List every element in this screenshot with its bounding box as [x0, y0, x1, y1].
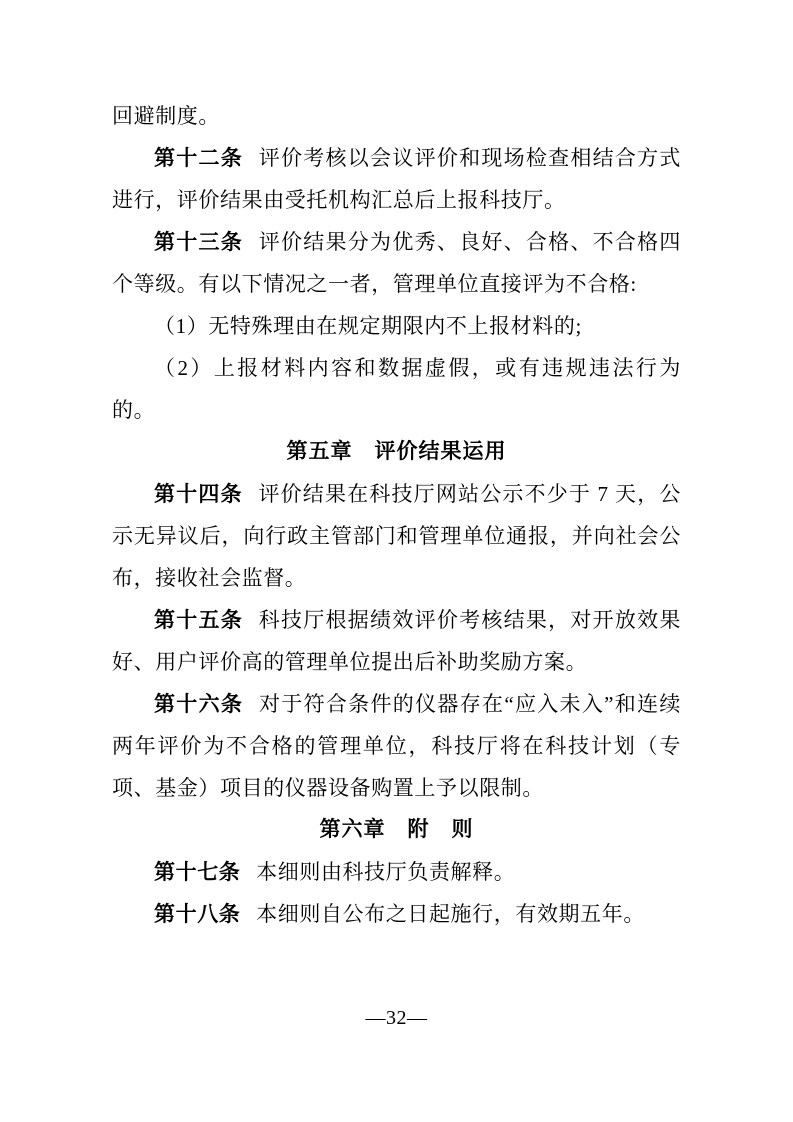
- article-paragraph: 第十四条评价结果在科技厅网站公示不少于 7 天，公示无异议后，向行政主管部门和管…: [112, 473, 681, 599]
- list-item-paragraph: （1）无特殊理由在规定期限内不上报材料的;: [112, 305, 681, 347]
- article-number-label: 第十五条: [154, 608, 243, 632]
- document-body: 回避制度。第十二条评价考核以会议评价和现场检查相结合方式进行，评价结果由受托机构…: [112, 95, 681, 935]
- article-paragraph: 第十六条对于符合条件的仪器存在“应入未入”和连续两年评价为不合格的管理单位，科技…: [112, 683, 681, 809]
- article-number-label: 第十二条: [154, 146, 243, 170]
- article-paragraph: 第十七条本细则由科技厅负责解释。: [112, 851, 681, 893]
- page-number: —32—: [366, 1007, 428, 1029]
- continuation-paragraph: 回避制度。: [112, 95, 681, 137]
- article-number-label: 第十七条: [154, 860, 240, 884]
- chapter-heading: 第六章 附 则: [112, 809, 681, 851]
- paragraph-text: 本细则由科技厅负责解释。: [256, 860, 515, 884]
- list-item-paragraph: （2）上报材料内容和数据虚假，或有违规违法行为的。: [112, 347, 681, 431]
- page-footer: —32—: [0, 1003, 793, 1033]
- article-number-label: 第十三条: [154, 230, 243, 254]
- paragraph-text: 回避制度。: [112, 104, 220, 128]
- paragraph-text: 本细则自公布之日起施行，有效期五年。: [256, 902, 645, 926]
- article-paragraph: 第十八条本细则自公布之日起施行，有效期五年。: [112, 893, 681, 935]
- article-number-label: 第十四条: [154, 482, 243, 506]
- paragraph-text: （1）无特殊理由在规定期限内不上报材料的;: [154, 314, 582, 338]
- chapter-heading: 第五章 评价结果运用: [112, 431, 681, 473]
- document-page: 回避制度。第十二条评价考核以会议评价和现场检查相结合方式进行，评价结果由受托机构…: [0, 0, 793, 1122]
- paragraph-text: （2）上报材料内容和数据虚假，或有违规违法行为的。: [112, 356, 681, 422]
- article-paragraph: 第十三条评价结果分为优秀、良好、合格、不合格四个等级。有以下情况之一者，管理单位…: [112, 221, 681, 305]
- article-paragraph: 第十二条评价考核以会议评价和现场检查相结合方式进行，评价结果由受托机构汇总后上报…: [112, 137, 681, 221]
- article-paragraph: 第十五条科技厅根据绩效评价考核结果，对开放效果好、用户评价高的管理单位提出后补助…: [112, 599, 681, 683]
- article-number-label: 第十六条: [154, 692, 243, 716]
- article-number-label: 第十八条: [154, 902, 240, 926]
